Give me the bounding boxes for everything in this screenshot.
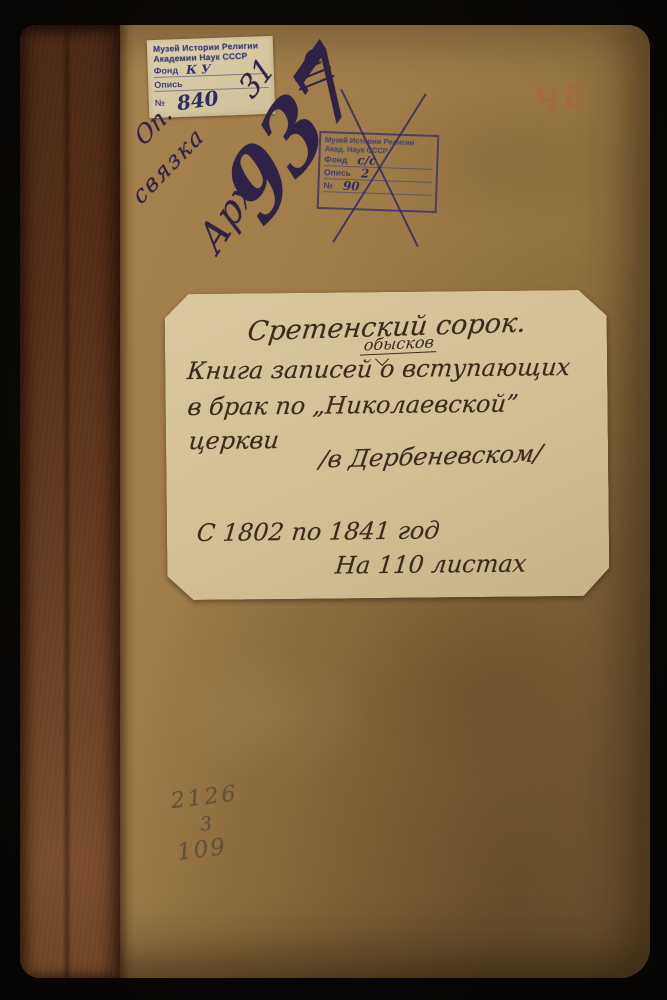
cover-stain (170, 645, 370, 785)
sticker-fond-label: Фонд (154, 65, 179, 77)
book-cover: Музей Истории Религии Академии Наук СССР… (20, 25, 650, 978)
pencil-inventory-numbers: 2126 3 109 (170, 783, 247, 865)
label-insertion-word: обысков (360, 332, 438, 355)
title-label-wrapper: Сретенский сорок. обысков Книга записей … (166, 292, 608, 598)
red-pencil-mark: ЧЕ (534, 77, 591, 119)
stamp-fond-label: Фонд (324, 154, 347, 166)
label-date-range: С 1802 по 1841 год (196, 515, 597, 547)
sticker-fond-value: К У (186, 64, 211, 76)
label-sheet-count: На 110 листах (334, 549, 597, 580)
stamp-number-row: № 90 (323, 180, 431, 196)
cover-stain (350, 585, 610, 785)
stamp-number-value: 90 (343, 181, 360, 193)
label-church-word: церкви (186, 426, 280, 473)
book-spine (20, 25, 120, 978)
label-derbenevsky-note: /в Дербеневском/ (318, 439, 545, 473)
label-book-line3-row: церкви /в Дербеневском/ (188, 423, 594, 473)
sticker-number-value: 840 (176, 88, 220, 114)
title-label: Сретенский сорок. обысков Книга записей … (164, 290, 609, 601)
label-book-line1: Книга записей о вступающих (186, 353, 595, 385)
photo-background: Музей Истории Религии Академии Наук СССР… (0, 0, 667, 1000)
spine-ridge (62, 25, 72, 978)
pencil-number-2: 3 (199, 811, 243, 835)
stamp-opis-value: 2 (361, 168, 370, 179)
pencil-number-1: 2126 (170, 783, 240, 813)
label-book-line2: в брак по „Николаевской” (186, 389, 595, 421)
sticker-opis-label: Опись (154, 79, 183, 91)
stamp-opis-label: Опись (324, 167, 351, 179)
stamp-number-label: № (323, 180, 333, 191)
spine-hinge-shadow (120, 25, 136, 978)
pencil-number-3: 109 (176, 834, 246, 865)
